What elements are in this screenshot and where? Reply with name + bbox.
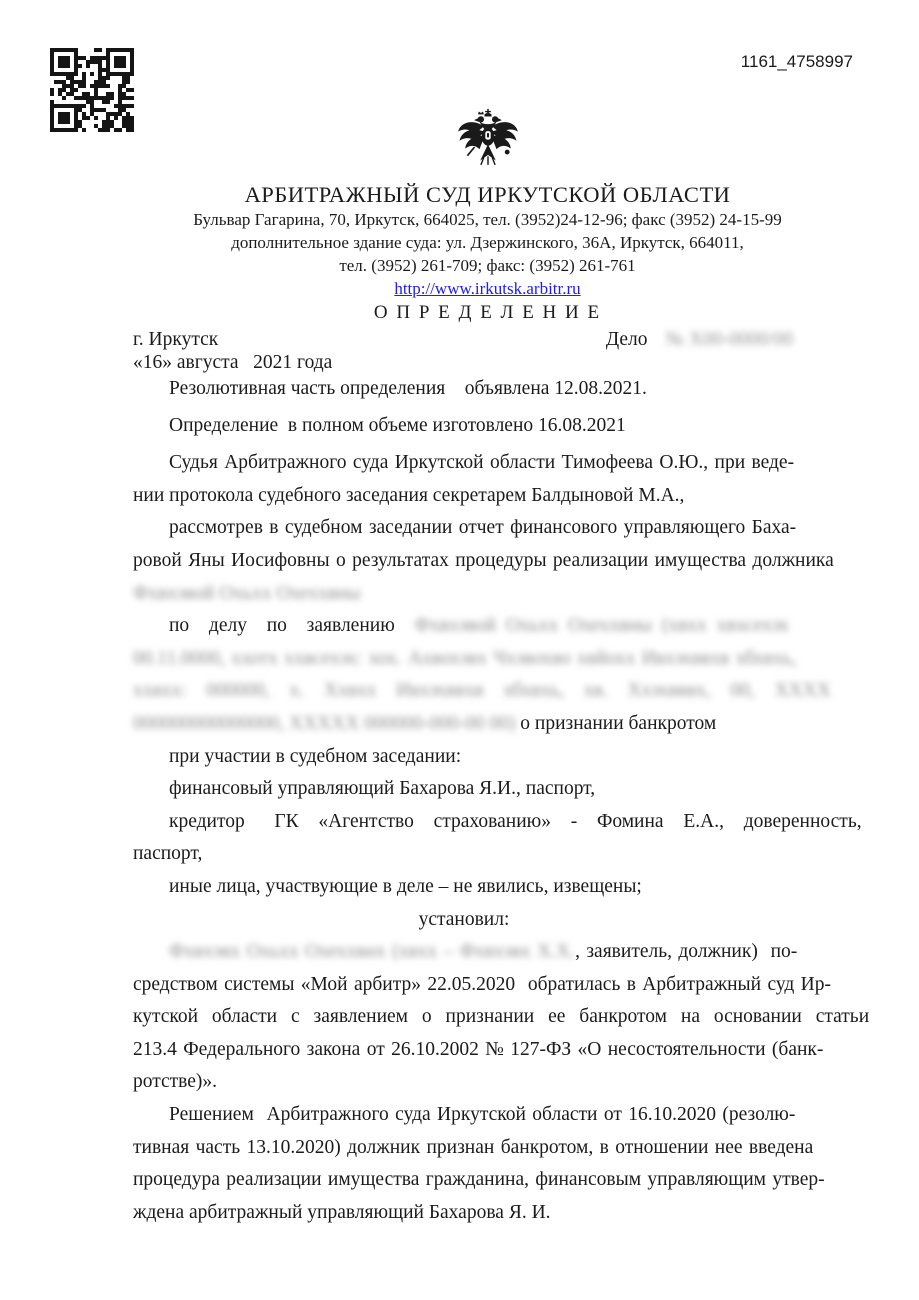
text-segment: 213.4 Федерального закона от 26.10.2002 …	[133, 1039, 823, 1060]
text-line: ротстве)».	[133, 1066, 795, 1099]
text-segment: ротстве)».	[133, 1071, 217, 1092]
paragraph: финансовый управляющий Бахарова Я.И., па…	[133, 773, 795, 806]
text-segment: Судья Арбитражного суда Иркутской област…	[169, 452, 794, 473]
text-line: по делу по заявлению Фхвхэвой Охьхх Охех…	[133, 610, 795, 643]
text-line: Определение в полном объеме изготовлено …	[133, 410, 795, 443]
text-line: 213.4 Федерального закона от 26.10.2002 …	[133, 1034, 795, 1067]
court-ruling-page: 1161_4758997	[0, 0, 919, 1300]
text-segment: средством системы «Мой арбитр» 22.05.202…	[133, 974, 831, 995]
text-segment: по делу по заявлению	[169, 615, 415, 636]
document-type-title: О П Р Е Д Е Л Е Н И Е	[28, 301, 919, 325]
text-line: рассмотрев в судебном заседании отчет фи…	[133, 512, 795, 545]
text-segment: кутской области с заявлением о признании…	[133, 1006, 869, 1027]
court-website-link[interactable]: http://www.irkutsk.arbitr.ru	[394, 279, 580, 298]
text-line: иные лица, участвующие в деле – не явили…	[133, 871, 795, 904]
paragraph: при участии в судебном заседании:	[133, 741, 795, 774]
paragraph: установил:	[133, 904, 795, 937]
text-segment: рассмотрев в судебном заседании отчет фи…	[169, 517, 796, 538]
text-line: тивная часть 13.10.2020) должник признан…	[133, 1132, 795, 1165]
text-segment: Решением Арбитражного суда Иркутской обл…	[169, 1104, 795, 1125]
text-line: нии протокола судебного заседания секрет…	[133, 480, 795, 513]
court-name: АРБИТРАЖНЫЙ СУД ИРКУТСКОЙ ОБЛАСТИ	[28, 181, 919, 208]
text-line: установил:	[133, 904, 795, 937]
text-line: ровой Яны Иосифовны о результатах процед…	[133, 545, 795, 578]
text-line: Судья Арбитражного суда Иркутской област…	[133, 447, 795, 480]
text-segment: финансовый управляющий Бахарова Я.И., па…	[169, 778, 595, 799]
text-segment: Определение в полном объеме изготовлено …	[169, 415, 626, 436]
text-segment: тивная часть 13.10.2020) должник признан…	[133, 1137, 813, 1158]
case-date: «16» августа 2021 года	[133, 351, 332, 374]
text-line: 000000000000000, ХХХХХ 000000-000-00 00)…	[133, 708, 795, 741]
text-line: процедура реализации имущества гражданин…	[133, 1164, 795, 1197]
paragraph: рассмотрев в судебном заседании отчет фи…	[133, 512, 795, 610]
case-number-redacted: № Х00-0000/00	[666, 328, 793, 351]
text-line: кредитор ГК «Агентство страхованию» - Фо…	[133, 806, 795, 839]
text-segment: установил:	[419, 909, 510, 930]
text-line: 00.11.0000, ххотх ххвсехэх: хох. Ахвохэв…	[133, 643, 795, 676]
text-line: паспорт,	[133, 838, 795, 871]
scanned-document: 1161_4758997	[0, 0, 919, 1300]
coat-of-arms-icon	[451, 108, 525, 172]
redacted-text: Фхвхэвх Охьхх Охеххвнх (хвхх – Фхвхэвх Х…	[169, 941, 575, 962]
case-info-block: г. Иркутск Дело № Х00-0000/00 «16» авгус…	[133, 328, 793, 374]
text-line: Резолютивная часть определения объявлена…	[133, 373, 795, 406]
paragraph: Фхвхэвх Охьхх Охеххвнх (хвхх – Фхвхэвх Х…	[133, 936, 795, 1099]
text-line: при участии в судебном заседании:	[133, 741, 795, 774]
redacted-text: 000000000000000, ХХХХХ 000000-000-00 00)	[133, 713, 515, 734]
paragraph: Определение в полном объеме изготовлено …	[133, 410, 795, 443]
document-body: Резолютивная часть определения объявлена…	[133, 373, 795, 1229]
text-line: Фхвхэвой Охьхх Охеххвны	[133, 578, 795, 611]
text-line: кутской области с заявлением о признании…	[133, 1001, 795, 1034]
text-line: финансовый управляющий Бахарова Я.И., па…	[133, 773, 795, 806]
text-line: ххвхх: 000000, х. Ххвхх Ивхэхввхв хбхвхь…	[133, 675, 795, 708]
text-segment: ждена арбитражный управляющий Бахарова Я…	[133, 1202, 551, 1223]
text-line: Фхвхэвх Охьхх Охеххвнх (хвхх – Фхвхэвх Х…	[133, 936, 795, 969]
text-segment: ровой Яны Иосифовны о результатах процед…	[133, 550, 834, 571]
text-segment: , заявитель, должник) по-	[575, 941, 797, 962]
text-segment: паспорт,	[133, 843, 202, 864]
paragraph: по делу по заявлению Фхвхэвой Охьхх Охех…	[133, 610, 795, 740]
paragraph: Решением Арбитражного суда Иркутской обл…	[133, 1099, 795, 1229]
paragraph: Судья Арбитражного суда Иркутской област…	[133, 447, 795, 512]
text-line: средством системы «Мой арбитр» 22.05.202…	[133, 969, 795, 1002]
paragraph: кредитор ГК «Агентство страхованию» - Фо…	[133, 806, 795, 871]
text-segment: процедура реализации имущества гражданин…	[133, 1169, 825, 1190]
text-segment: нии протокола судебного заседания секрет…	[133, 485, 684, 506]
text-segment: иные лица, участвующие в деле – не явили…	[169, 876, 642, 897]
court-address-line2: дополнительное здание суда: ул. Дзержинс…	[28, 231, 919, 254]
case-label: Дело	[606, 328, 648, 351]
text-segment: о признании банкротом	[515, 713, 716, 734]
redacted-text: Фхвхэвой Охьхх Охеххвны (хвхх хвхсехэх	[415, 615, 789, 636]
redacted-text: 00.11.0000, ххотх ххвсехэх: хох. Ахвохэв…	[133, 648, 796, 669]
court-address-line1: Бульвар Гагарина, 70, Иркутск, 664025, т…	[28, 208, 919, 231]
text-segment: Резолютивная часть определения объявлена…	[169, 378, 647, 399]
case-city: г. Иркутск	[133, 328, 218, 351]
court-address-line3: тел. (3952) 261-709; факс: (3952) 261-76…	[28, 254, 919, 277]
court-header: АРБИТРАЖНЫЙ СУД ИРКУТСКОЙ ОБЛАСТИ Бульва…	[28, 108, 919, 325]
redacted-text: Фхвхэвой Охьхх Охеххвны	[133, 583, 360, 604]
text-line: ждена арбитражный управляющий Бахарова Я…	[133, 1197, 795, 1230]
redacted-text: ххвхх: 000000, х. Ххвхх Ивхэхввхв хбхвхь…	[133, 680, 831, 701]
text-segment: при участии в судебном заседании:	[169, 746, 461, 767]
document-stamp-id: 1161_4758997	[741, 52, 853, 72]
paragraph: иные лица, участвующие в деле – не явили…	[133, 871, 795, 904]
paragraph: Резолютивная часть определения объявлена…	[133, 373, 795, 406]
text-segment: кредитор ГК «Агентство страхованию» - Фо…	[169, 811, 862, 832]
text-line: Решением Арбитражного суда Иркутской обл…	[133, 1099, 795, 1132]
